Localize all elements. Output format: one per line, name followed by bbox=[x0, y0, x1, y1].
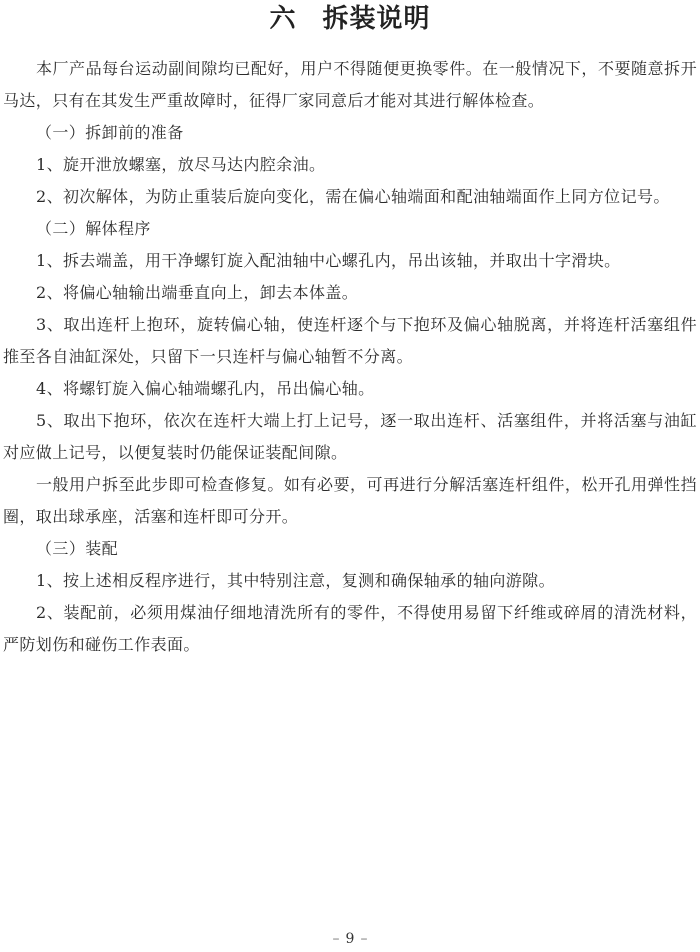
prep-step-1: 1、旋开泄放螺塞，放尽马达内腔余油。 bbox=[3, 149, 697, 181]
page-footer: –9– bbox=[0, 930, 700, 948]
subheading-assembly: （三）装配 bbox=[3, 533, 697, 565]
disassembly-step-3: 3、取出连杆上抱环，旋转偏心轴，使连杆逐个与下抱环及偏心轴脱离，并将连杆活塞组件… bbox=[3, 309, 697, 373]
assembly-step-1: 1、按上述相反程序进行，其中特别注意，复测和确保轴承的轴向游隙。 bbox=[3, 565, 697, 597]
section-title: 六拆装说明 bbox=[0, 3, 700, 35]
disassembly-step-5: 5、取出下抱环，依次在连杆大端上打上记号，逐一取出连杆、活塞组件，并将活塞与油缸… bbox=[3, 405, 697, 469]
disassembly-step-1: 1、拆去端盖，用干净螺钉旋入配油轴中心螺孔内，吊出该轴，并取出十字滑块。 bbox=[3, 245, 697, 277]
disassembly-note: 一般用户拆至此步即可检查修复。如有必要，可再进行分解活塞连杆组件，松开孔用弹性挡… bbox=[3, 469, 697, 533]
disassembly-step-4: 4、将螺钉旋入偏心轴端螺孔内，吊出偏心轴。 bbox=[3, 373, 697, 405]
subheading-disassembly: （二）解体程序 bbox=[3, 213, 697, 245]
subheading-preparation: （一）拆卸前的准备 bbox=[3, 117, 697, 149]
footer-dash-right: – bbox=[360, 931, 367, 947]
section-number: 六 bbox=[269, 4, 296, 34]
section-heading: 拆装说明 bbox=[323, 4, 431, 34]
assembly-step-2: 2、装配前，必须用煤油仔细地清洗所有的零件，不得使用易留下纤维或碎屑的清洗材料，… bbox=[3, 597, 697, 661]
footer-dash-left: – bbox=[333, 931, 340, 947]
prep-step-2: 2、初次解体，为防止重装后旋向变化，需在偏心轴端面和配油轴端面作上同方位记号。 bbox=[3, 181, 697, 213]
page-number: 9 bbox=[346, 931, 355, 947]
disassembly-step-2: 2、将偏心轴输出端垂直向上，卸去本体盖。 bbox=[3, 277, 697, 309]
document-body: 本厂产品每台运动副间隙均已配好，用户不得随便更换零件。在一般情况下，不要随意拆开… bbox=[3, 53, 697, 661]
intro-paragraph: 本厂产品每台运动副间隙均已配好，用户不得随便更换零件。在一般情况下，不要随意拆开… bbox=[3, 53, 697, 117]
